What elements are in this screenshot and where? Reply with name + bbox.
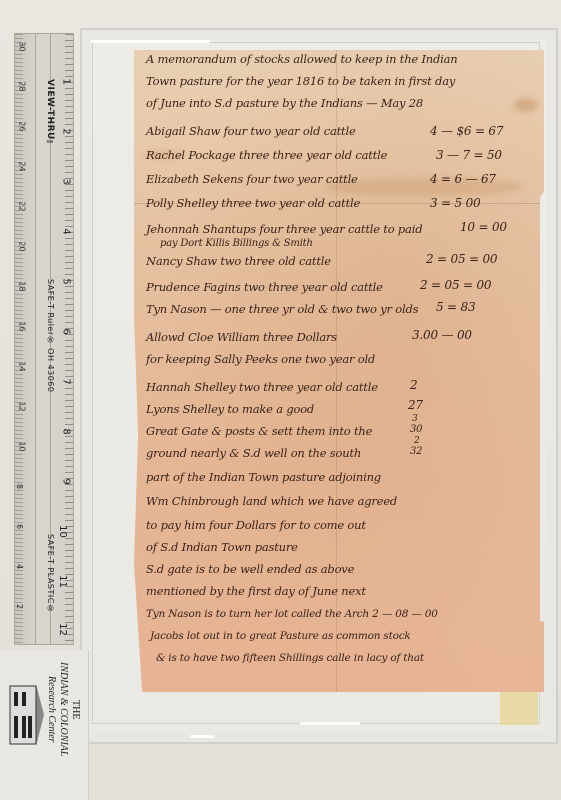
entry-name: Lyons Shelley to make a good [146,402,314,416]
entry-amount: 3 = 5 00 [430,196,480,210]
entry-note: pay Dort Killis Billings & Smith [160,238,313,249]
ruler-cm-label: 16 [18,321,27,331]
measuring-ruler: 30 28 26 24 22 20 18 16 14 12 10 8 6 4 2… [14,33,74,645]
entry-name: Jehonnah Shantups four three year cattle… [146,222,422,236]
ruler-inch-label: 5 [60,278,71,284]
memo-body-line: mentioned by the first day of June next [146,584,366,598]
ruler-inch-label: 6 [60,328,71,334]
ruler-cm-label: 2 [15,604,24,609]
entry-note: for keeping Sally Peeks one two year old [146,352,375,366]
entry-amount: 27 [408,398,423,412]
ruler-cm-label: 24 [18,161,27,171]
ruler-inch-label: 2 [60,128,71,134]
label-line-research-center: Research Center [45,662,57,756]
ruler-cm-label: 12 [18,401,27,411]
tally-value: 2 [414,436,420,446]
ruler-cm-label: 28 [18,81,27,91]
entry-name: Elizabeth Sekens four two year cattle [146,172,358,186]
tally-value: 3 [412,414,418,424]
ruler-cm-label: 10 [18,441,27,451]
memo-heading-line: Town pasture for the year 1816 to be tak… [146,74,455,88]
ruler-cm-label: 30 [18,41,27,51]
ruler-brand-plastic: SAFE-T PLASTIC® [43,534,55,613]
memo-heading-line: A memorandum of stocks allowed to keep i… [146,52,458,66]
entry-amount: 3 — 7 = 50 [436,148,502,162]
memo-body-line: Jacobs lot out in to great Pasture as co… [150,630,411,642]
ruler-brand-safet: SAFE-T Ruler® OH 43060 [43,279,55,393]
entry-name: Prudence Fagins two three year old cattl… [146,280,383,294]
entry-amount: 4 — $6 = 67 [430,124,503,138]
entry-name: Allowd Cloe William three Dollars [146,330,337,344]
tally-value: 32 [410,446,422,457]
memo-body-line: part of the Indian Town pasture adjoinin… [146,470,381,484]
ruler-cm-label: 18 [18,281,27,291]
entry-name: Abigail Shaw four two year old cattle [146,124,356,138]
entry-amount: 2 = 05 = 00 [426,252,497,266]
ruler-cm-label: 26 [18,121,27,131]
label-line-the: THE [69,662,81,756]
entry-amount: 5 = 83 [436,300,475,314]
entry-amount: 2 [410,378,417,392]
building-logo-icon [6,680,46,750]
sleeve-glare [190,735,215,738]
memo-heading-line: of June into S.d pasture by the Indians … [146,96,423,110]
research-center-label: THE INDIAN & COLONIAL Research Center [0,650,89,800]
ruler-inch-label: 7 [60,378,71,384]
ruler-inch-label: 4 [60,228,71,234]
entry-name: Hannah Shelley two three year old cattle [146,380,378,394]
ruler-inch-label: 3 [60,178,71,184]
memo-body-line: & is to have two fifteen Shillings calle… [156,652,424,664]
entry-name: Nancy Shaw two three old cattle [146,254,331,268]
entry-name: Tyn Nason — one three yr old & two two y… [146,302,418,316]
research-center-text: THE INDIAN & COLONIAL Research Center [45,662,81,756]
ruler-inch-label: 1 [60,78,71,84]
ruler-inch-label: 10 [57,525,68,538]
ruler-cm-label: 22 [18,201,27,211]
entry-amount: 10 = 00 [460,220,507,234]
tally-value: 30 [410,424,422,435]
sleeve-glare [90,40,210,43]
memo-body-line: S.d gate is to be well ended as above [146,562,354,576]
ruler-inch-label: 9 [60,478,71,484]
label-line-indian-colonial: INDIAN & COLONIAL [57,662,69,756]
memo-body-line: Tyn Nason is to turn her lot called the … [146,608,438,620]
ruler-inch-label: 12 [57,623,68,636]
memo-body-line: Great Gate & posts & sett them into the [146,424,372,438]
entry-name: Polly Shelley three two year old cattle [146,196,360,210]
memo-body-line: of S.d Indian Town pasture [146,540,298,554]
ruler-cm-label: 8 [15,484,24,489]
entry-amount: 4 = 6 — 67 [430,172,496,186]
memo-body-line: ground nearly & S.d well on the south [146,446,361,460]
sleeve-glare [300,722,360,725]
ruler-inch-label: 11 [57,575,68,588]
ruler-brand-viewthru: VIEW-THRU™ [43,79,55,150]
ruler-cm-label: 4 [15,564,24,569]
entry-name: Rachel Pockage three three year old catt… [146,148,387,162]
ruler-cm-label: 20 [18,241,27,251]
ink-stain [514,98,538,112]
entry-amount: 2 = 05 = 00 [420,278,491,292]
entry-amount: 3.00 — 00 [412,328,472,342]
memo-body-line: Wm Chinbrough land which we have agreed [146,494,397,508]
memo-body-line: to pay him four Dollars for to come out [146,518,366,532]
ruler-inch-label: 8 [60,428,71,434]
ruler-cm-label: 6 [15,524,24,529]
ruler-cm-label: 14 [18,361,27,371]
